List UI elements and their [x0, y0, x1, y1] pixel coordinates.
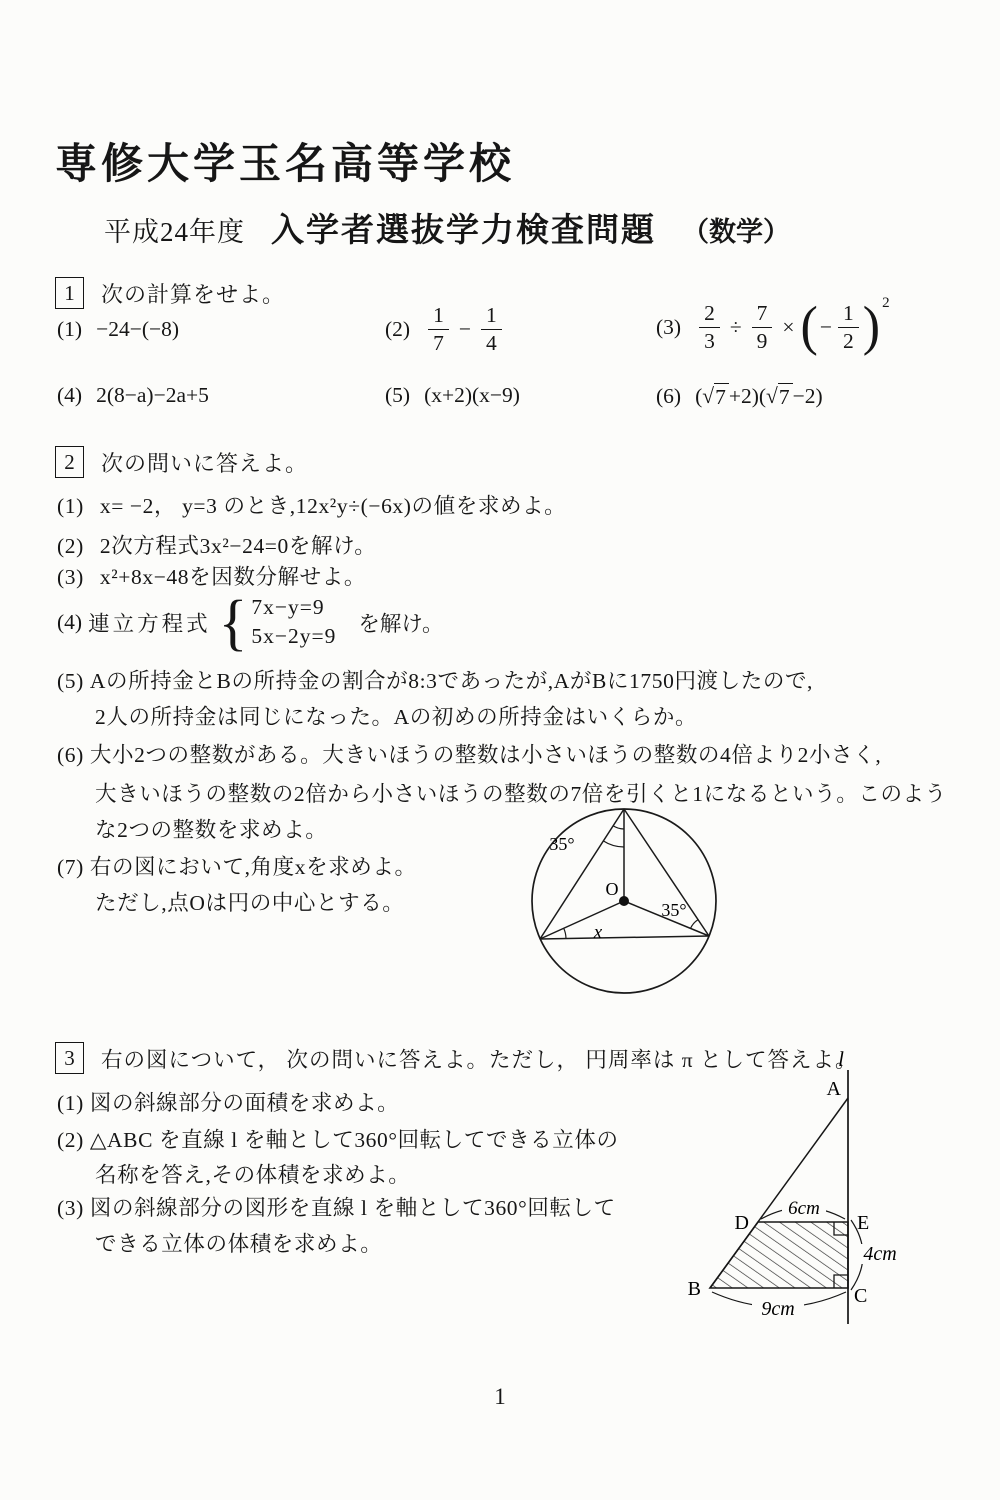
point-B-label: B	[688, 1278, 701, 1300]
fraction: 7 9	[752, 301, 773, 352]
angle-arc-bottomright	[691, 920, 698, 929]
radicand: 7	[714, 383, 729, 410]
q1-item-4: (4) 2(8−a)−2a+5	[57, 383, 209, 408]
q3-number-box: 3	[55, 1042, 84, 1074]
q3-item-2-label: (2)	[57, 1128, 84, 1152]
q2-item-5-label: (5)	[57, 669, 84, 693]
expr-end: −2)	[793, 384, 823, 409]
fraction: 1 4	[481, 303, 502, 354]
q2-item-1-text: x= −2， y=3 のとき,12x²y÷(−6x)の値を求めよ。	[100, 494, 566, 518]
q1-item-2-label: (2)	[385, 317, 410, 342]
q2-item-4-label: (4)	[57, 610, 82, 635]
q1-item-6-label: (6)	[656, 384, 681, 409]
q2-item-1: (1)x= −2， y=3 のとき,12x²y÷(−6x)の値を求めよ。	[57, 489, 566, 520]
axis-label-l: l	[838, 1047, 844, 1071]
q2-item-6-text1: 大小2つの整数がある。大きいほうの整数は小さいほうの整数の4倍より2小さく,	[90, 743, 881, 767]
revolution-figure: 6cm 9cm 4cm l A D E B C	[660, 1040, 980, 1340]
x-angle-label: x	[593, 922, 603, 943]
q1-item-4-expr: 2(8−a)−2a+5	[96, 383, 209, 408]
right-angle-label: 35°	[661, 900, 686, 920]
left-paren: (	[695, 384, 702, 409]
q2-item-4-pre: 連立方程式	[88, 607, 211, 638]
page-number: 1	[0, 1384, 1000, 1410]
q2-item-6-line1: (6)大小2つの整数がある。大きいほうの整数は小さいほうの整数の4倍より2小さく…	[57, 738, 881, 769]
dimension-BC-label: 9cm	[761, 1298, 794, 1320]
q2-header: 2 次の問いに答えよ。	[55, 446, 308, 478]
times-operator: ×	[782, 315, 794, 340]
point-C-label: C	[854, 1285, 867, 1307]
q2-item-1-label: (1)	[57, 494, 84, 518]
system-brace: {	[219, 591, 248, 654]
radicand: 7	[778, 383, 793, 410]
minus-operator: −	[459, 317, 471, 342]
angle-arc-top-inner	[613, 826, 624, 829]
q3-item-3-line2: できる立体の体積を求めよ。	[95, 1227, 382, 1258]
q2-item-2: (2)2次方程式3x²−24=0を解け。	[57, 529, 376, 560]
q1-item-1-label: (1)	[57, 317, 82, 342]
q1-item-3-label: (3)	[656, 315, 681, 340]
q1-item-5-label: (5)	[385, 383, 410, 408]
q2-item-6-label: (6)	[57, 743, 84, 767]
q2-item-6-text3: な2つの整数を求めよ。	[95, 818, 327, 842]
q2-item-4: (4) 連立方程式 { 7x−y=9 5x−2y=9 を解け。	[57, 593, 444, 651]
q2-item-5-text1: Aの所持金とBの所持金の割合が8:3であったが,AがBに1750円渡したので,	[90, 669, 813, 693]
q3-item-3-text1: 図の斜線部分の図形を直線 l を軸として360°回転して	[90, 1196, 616, 1220]
radical-sign: √	[766, 384, 778, 409]
q3-item-2-line2: 名称を答え,その体積を求めよ。	[95, 1158, 410, 1189]
q3-item-3-label: (3)	[57, 1196, 84, 1220]
dimension-EC-label: 4cm	[863, 1243, 896, 1265]
circle-figure: 35° 35° O x	[516, 797, 736, 1009]
q3-item-1-label: (1)	[57, 1091, 84, 1115]
exam-subject: （数学）	[682, 210, 790, 249]
q2-item-5-line2: 2人の所持金は同じになった。Aの初めの所持金はいくらか。	[95, 700, 697, 731]
exponent: 2	[882, 295, 890, 312]
exam-title: 入学者選抜学力検査問題	[271, 204, 656, 251]
q1-item-5: (5) (x+2)(x−9)	[385, 383, 520, 408]
point-A-label: A	[827, 1078, 842, 1100]
q1-item-5-expr: (x+2)(x−9)	[424, 383, 520, 408]
dimension-DE-label: 6cm	[788, 1198, 820, 1219]
equation-1: 7x−y=9	[251, 595, 336, 620]
q1-item-2: (2) 1 7 − 1 4	[385, 303, 506, 355]
q3-item-2-text2: 名称を答え,その体積を求めよ。	[95, 1163, 410, 1187]
q2-item-2-text: 2次方程式3x²−24=0を解け。	[100, 534, 377, 558]
q2-item-4-post: を解け。	[358, 607, 443, 638]
q2-item-7-text1: 右の図において,角度xを求めよ。	[90, 855, 417, 879]
q2-item-6-line3: な2つの整数を求めよ。	[95, 813, 327, 844]
q3-item-1-text: 図の斜線部分の面積を求めよ。	[90, 1091, 399, 1115]
q2-item-5-text2: 2人の所持金は同じになった。Aの初めの所持金はいくらか。	[95, 705, 697, 729]
q2-item-3-label: (3)	[57, 565, 84, 589]
q1-item-6: (6) (√7+2)(√7−2)	[656, 383, 823, 410]
exam-page: 専修大学玉名高等学校 平成24年度 入学者選抜学力検査問題 （数学） 1 次の計…	[0, 0, 1000, 1500]
equation-2: 5x−2y=9	[251, 624, 336, 649]
q2-item-3: (3)x²+8x−48を因数分解せよ。	[57, 560, 366, 591]
q1-item-4-label: (4)	[57, 383, 82, 408]
center-point	[619, 896, 629, 906]
divide-operator: ÷	[730, 315, 742, 340]
q2-item-7-line1: (7)右の図において,角度xを求めよ。	[57, 850, 417, 881]
radical-sign: √	[702, 384, 714, 409]
exam-subtitle-row: 平成24年度 入学者選抜学力検査問題 （数学）	[104, 204, 790, 251]
fraction: 1 7	[428, 303, 449, 354]
q2-item-3-text: x²+8x−48を因数分解せよ。	[100, 565, 366, 589]
q2-item-2-label: (2)	[57, 534, 84, 558]
q1-item-3: (3) 2 3 ÷ 7 9 × ( − 1 2 ) 2	[656, 298, 890, 356]
school-title: 専修大学玉名高等学校	[55, 131, 515, 191]
q2-item-7-text2: ただし,点Oは円の中心とする。	[95, 891, 404, 915]
angle-arc-bottomleft	[564, 928, 566, 938]
hatched-trapezoid	[710, 1222, 848, 1288]
q3-item-3-text2: できる立体の体積を求めよ。	[95, 1232, 382, 1256]
q1-item-1: (1) −24−(−8)	[57, 303, 179, 355]
q2-item-5-line1: (5)Aの所持金とBの所持金の割合が8:3であったが,AがBに1750円渡したの…	[57, 664, 813, 695]
fraction: 2 3	[699, 301, 720, 352]
q1-item-1-expr: −24−(−8)	[96, 317, 179, 342]
center-label: O	[606, 879, 619, 899]
fraction: 1 2	[838, 301, 859, 352]
q3-item-1: (1)図の斜線部分の面積を求めよ。	[57, 1086, 399, 1117]
q2-number-box: 2	[55, 446, 84, 478]
q3-item-2-text1: △ABC を直線 l を軸として360°回転してできる立体の	[90, 1128, 619, 1152]
point-D-label: D	[735, 1212, 749, 1234]
equation-stack: 7x−y=9 5x−2y=9	[251, 595, 336, 649]
q2-item-7-line2: ただし,点Oは円の中心とする。	[95, 886, 404, 917]
q3-item-3-line1: (3)図の斜線部分の図形を直線 l を軸として360°回転して	[57, 1191, 616, 1222]
q2-item-7-label: (7)	[57, 855, 84, 879]
top-angle-label: 35°	[549, 834, 574, 854]
exam-year: 平成24年度	[104, 210, 245, 249]
point-E-label: E	[857, 1212, 869, 1234]
angle-arc-top-outer	[603, 841, 624, 847]
expr-mid: +2)(	[729, 384, 766, 409]
q2-prompt: 次の問いに答えよ。	[101, 447, 308, 478]
minus-sign: −	[820, 315, 832, 340]
q3-item-2-line1: (2)△ABC を直線 l を軸として360°回転してできる立体の	[57, 1123, 619, 1154]
